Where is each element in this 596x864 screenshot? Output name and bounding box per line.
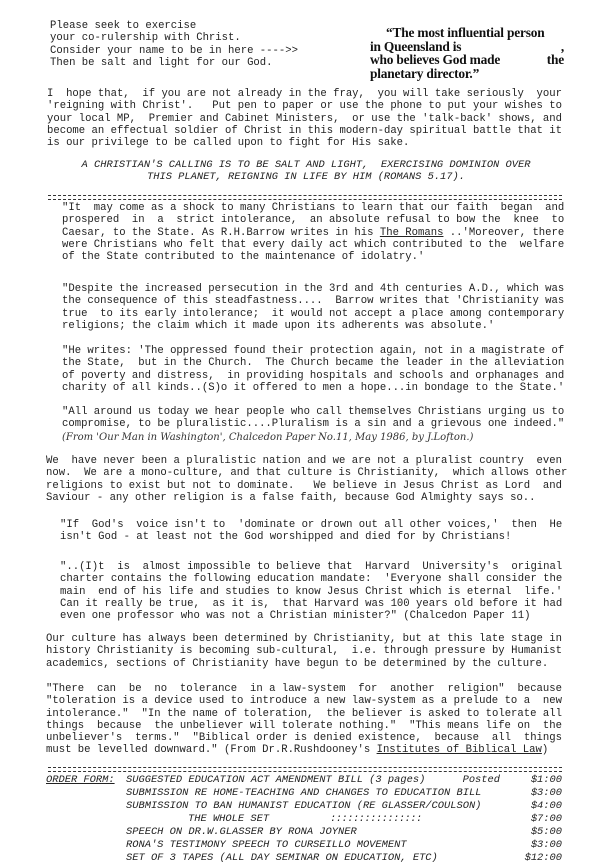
paragraph-pluralism: We have never been a pluralistic nation … <box>46 455 562 504</box>
quote-text: Caesar, to the State. As R.H.Barrow writ… <box>62 227 380 239</box>
quote-line: were Christians who felt that every dail… <box>62 239 562 251</box>
book-title: The Romans <box>380 227 444 239</box>
paragraph-line: academics, sections of Christianity have… <box>46 658 562 670</box>
order-item: SET OF 3 TAPES (ALL DAY SEMINAR ON EDUCA… <box>126 852 562 864</box>
paragraph-line: "toleration is a device used to introduc… <box>46 695 562 707</box>
headline-text: , <box>561 40 564 54</box>
paragraph-text: ) <box>542 744 548 756</box>
paragraph-line: is our privilege to be called upon to fi… <box>47 137 562 149</box>
paragraph-line: your local MP, Premier and Cabinet Minis… <box>47 113 562 125</box>
order-item-description: SUBMISSION TO BAN HUMANIST EDUCATION (RE… <box>126 800 514 813</box>
hope-paragraph: I hope that, if you are not already in t… <box>47 88 562 149</box>
order-item: SUBMISSION RE HOME-TEACHING AND CHANGES … <box>126 787 562 800</box>
quote-line: true to its early intolerance; it would … <box>62 308 562 320</box>
quote-line: Caesar, to the State. As R.H.Barrow writ… <box>62 227 562 239</box>
order-item: RONA'S TESTIMONY SPEECH TO CURSEILLO MOV… <box>126 839 562 852</box>
paragraph-line: Our culture has always been determined b… <box>46 633 562 645</box>
paragraph-line: history Christianity is becoming sub-cul… <box>46 645 562 657</box>
citation: (From 'Our Man in Washington', Chalcedon… <box>62 431 562 444</box>
quote-line: compromise, to be pluralistic....Plurali… <box>62 418 562 430</box>
order-item-description: RONA'S TESTIMONY SPEECH TO CURSEILLO MOV… <box>126 839 514 852</box>
order-item: SUBMISSION TO BAN HUMANIST EDUCATION (RE… <box>126 800 562 813</box>
headline-text: in Queensland is <box>370 40 461 54</box>
order-item: SUGGESTED EDUCATION ACT AMENDMENT BILL (… <box>126 774 562 787</box>
heading-line: THIS PLANET, REIGNING IN LIFE BY HIM (RO… <box>50 171 562 183</box>
paragraph-line: 'reigning with Christ'. Put pen to paper… <box>47 100 562 112</box>
quote-line: charter contains the following education… <box>60 573 562 585</box>
book-title: Institutes of Biblical Law <box>377 744 542 756</box>
quote-text: ..'Moreover, there <box>443 227 564 239</box>
order-item-price: $3:00 <box>514 839 562 852</box>
quote-barrow-1: "It may come as a shock to many Christia… <box>62 202 562 263</box>
heading-line: A CHRISTIAN'S CALLING IS TO BE SALT AND … <box>50 159 562 171</box>
order-form-label: ORDER FORM: <box>46 774 115 786</box>
quote-line: "If God's voice isn't to 'dominate or dr… <box>60 519 562 531</box>
order-item-price: $4:00 <box>514 800 562 813</box>
quote-line: "It may come as a shock to many Christia… <box>62 202 562 214</box>
quote-line: even one professor who was not a Christi… <box>60 610 562 622</box>
intro-line: Please seek to exercise <box>50 20 298 32</box>
order-item-description: SPEECH ON DR.W.GLASSER BY RONA JOYNER <box>126 826 514 839</box>
double-rule-divider <box>48 195 562 200</box>
paragraph-line: religions to exist but not to dominate. … <box>46 480 562 492</box>
quote-line: "He writes: 'The oppressed found their p… <box>62 345 562 357</box>
order-item-price: $12:00 <box>514 852 562 864</box>
headline-line: who believes God made the <box>370 53 564 67</box>
paragraph-line: now. We are a mono-culture, and that cul… <box>46 467 562 479</box>
headline-line: planetary director.” <box>370 67 564 81</box>
order-item-note: Posted <box>440 774 514 787</box>
order-item-price: $7:00 <box>514 813 562 826</box>
intro-line: your co-rulership with Christ. <box>50 32 298 44</box>
paragraph-line: unbeliever's terms." "Biblical order is … <box>46 732 562 744</box>
quote-line: religions; the claim which it made upon … <box>62 320 562 332</box>
order-item-note <box>440 813 514 826</box>
paragraph-tolerance: "There can be no tolerance in a law-syst… <box>46 683 562 757</box>
intro-line: Consider your name to be in here ---->> <box>50 45 298 57</box>
intro-block: Please seek to exercise your co-rulershi… <box>50 20 298 69</box>
paragraph-culture: Our culture has always been determined b… <box>46 633 562 670</box>
paragraph-text: must be levelled downward." (From Dr.R.R… <box>46 744 377 756</box>
headline-line: “The most influential person <box>370 26 564 40</box>
quote-line: "All around us today we hear people who … <box>62 406 562 418</box>
intro-line: Then be salt and light for our God. <box>50 57 298 69</box>
quote-line: of the State contributed to the maintena… <box>62 251 562 263</box>
quote-harvard: "..(I)t is almost impossible to believe … <box>60 561 562 622</box>
quote-line: Can it really be true, as it is, that Ha… <box>60 598 562 610</box>
quote-pluralism: "All around us today we hear people who … <box>62 406 562 444</box>
quote-line: the State, but in the Church. The Church… <box>62 357 562 369</box>
order-item-leader-dots: :::::::::::::::: <box>330 813 440 826</box>
quote-line: "Despite the increased persecution in th… <box>62 283 562 295</box>
document-page: Please seek to exercise your co-rulershi… <box>0 0 596 864</box>
quote-line: of poverty and distress, in providing ho… <box>62 370 562 382</box>
quote-line: the consequence of this steadfastness...… <box>62 295 562 307</box>
order-item: THE WHOLE SET :::::::::::::::: $7:00 <box>126 813 562 826</box>
paragraph-line: I hope that, if you are not already in t… <box>47 88 562 100</box>
quote-line: prospered in a strict intolerance, an ab… <box>62 214 562 226</box>
paragraph-line: become an effectual soldier of Christ in… <box>47 125 562 137</box>
order-item-description: THE WHOLE SET <box>126 813 330 826</box>
quote-gods-voice: "If God's voice isn't to 'dominate or dr… <box>60 519 562 544</box>
order-item-price: $1:00 <box>514 774 562 787</box>
paragraph-line: things because the unbeliever will toler… <box>46 720 562 732</box>
headline-quote: “The most influential person in Queensla… <box>370 26 564 80</box>
paragraph-line: "There can be no tolerance in a law-syst… <box>46 683 562 695</box>
quote-line: main end of his life and studies to know… <box>60 586 562 598</box>
headline-text: the <box>547 53 564 67</box>
double-rule-divider <box>48 767 562 772</box>
paragraph-line: Saviour - any other religion is a false … <box>46 492 562 504</box>
quote-barrow-2: "Despite the increased persecution in th… <box>62 283 562 332</box>
headline-line: in Queensland is , <box>370 40 564 54</box>
quote-line: isn't God - at least not the God worship… <box>60 531 562 543</box>
order-item-description: SUGGESTED EDUCATION ACT AMENDMENT BILL (… <box>126 774 440 787</box>
paragraph-line: must be levelled downward." (From Dr.R.R… <box>46 744 562 756</box>
order-item-price: $3:00 <box>514 787 562 800</box>
order-items-list: SUGGESTED EDUCATION ACT AMENDMENT BILL (… <box>126 774 562 864</box>
order-item-description: SET OF 3 TAPES (ALL DAY SEMINAR ON EDUCA… <box>126 852 514 864</box>
order-item-description: SUBMISSION RE HOME-TEACHING AND CHANGES … <box>126 787 514 800</box>
paragraph-line: intolerance." "In the name of toleration… <box>46 708 562 720</box>
paragraph-line: We have never been a pluralistic nation … <box>46 455 562 467</box>
quote-barrow-3: "He writes: 'The oppressed found their p… <box>62 345 562 394</box>
order-item: SPEECH ON DR.W.GLASSER BY RONA JOYNER $5… <box>126 826 562 839</box>
headline-text: who believes God made <box>370 53 500 67</box>
calling-heading: A CHRISTIAN'S CALLING IS TO BE SALT AND … <box>50 159 562 184</box>
quote-line: charity of all kinds..(S)o it offered to… <box>62 382 562 394</box>
quote-line: "..(I)t is almost impossible to believe … <box>60 561 562 573</box>
order-item-price: $5:00 <box>514 826 562 839</box>
